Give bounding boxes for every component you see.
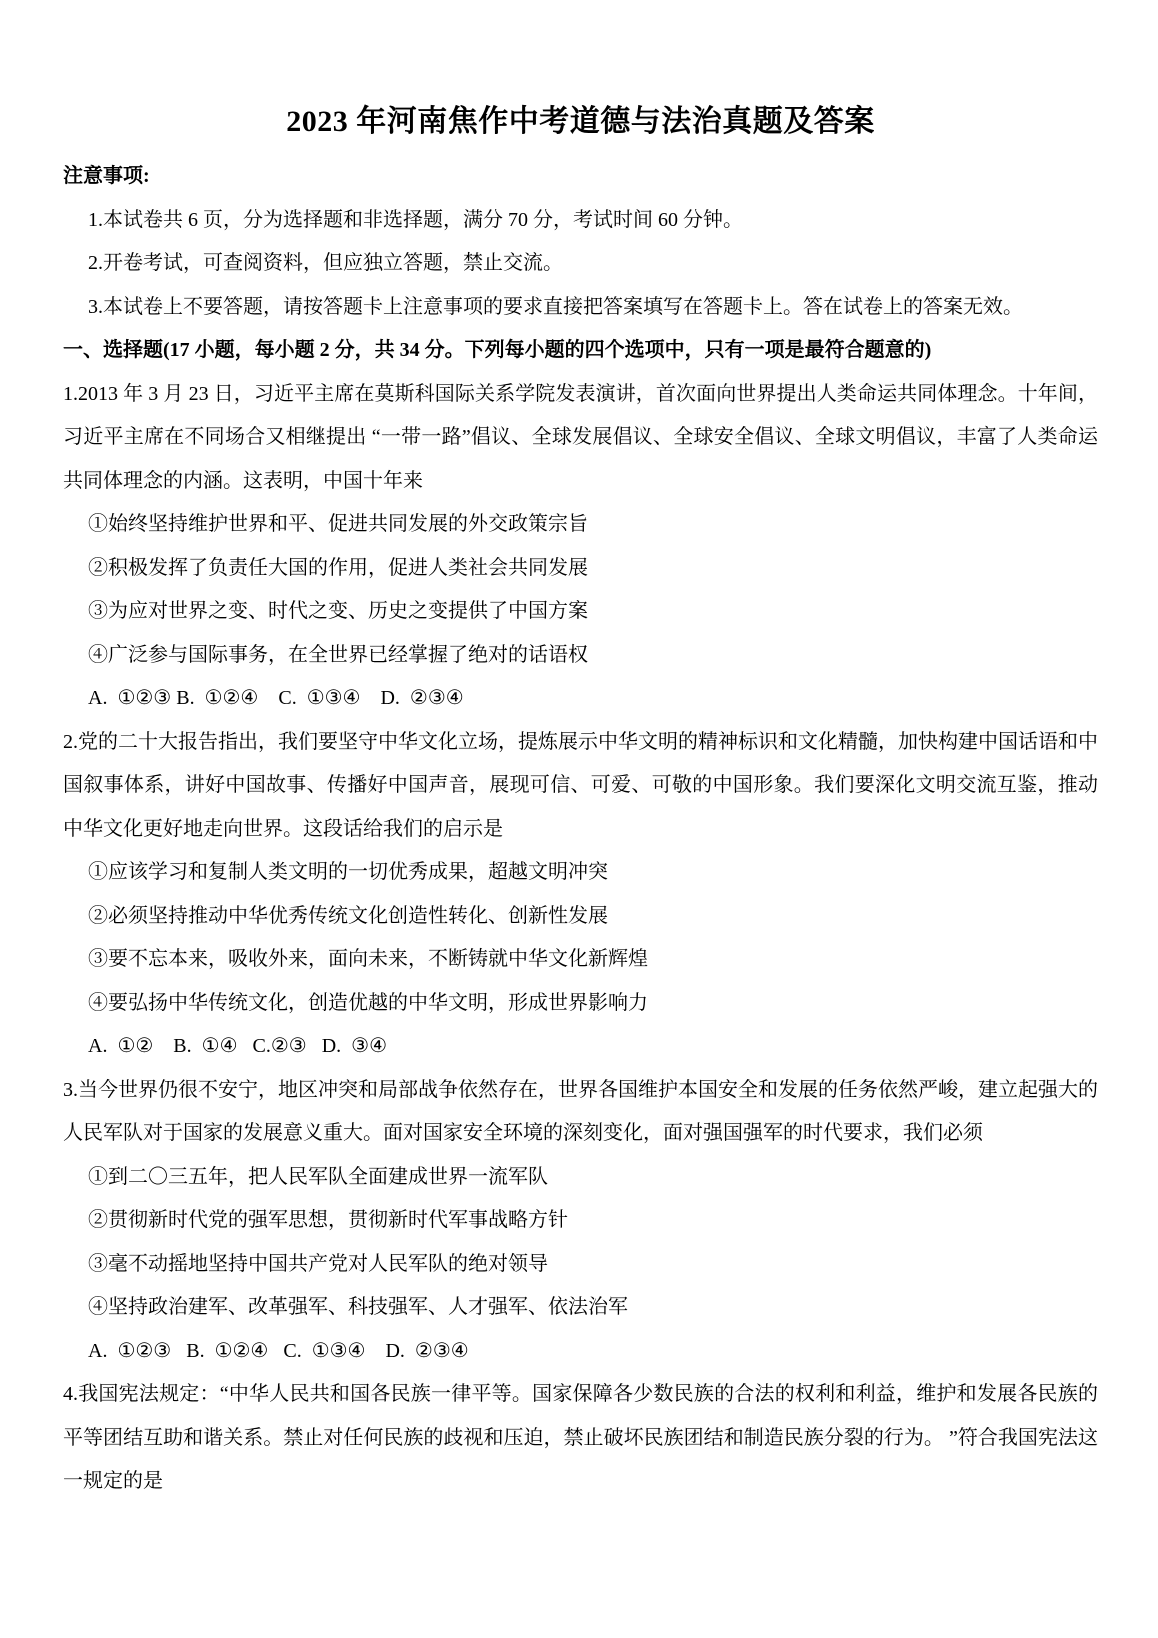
question-block-1: 1.2013 年 3 月 23 日，习近平主席在莫斯科国际关系学院发表演讲，首次… <box>63 373 1098 721</box>
page-title: 2023 年河南焦作中考道德与法治真题及答案 <box>63 99 1098 145</box>
question-block-4: 4.我国宪法规定：“中华人民共和国各民族一律平等。国家保障各少数民族的合法的权利… <box>63 1373 1098 1504</box>
question-stem: 2.党的二十大报告指出，我们要坚守中华文化立场，提炼展示中华文明的精神标识和文化… <box>63 721 1098 852</box>
question-item: ③要不忘本来，吸收外来，面向未来，不断铸就中华文化新辉煌 <box>63 938 1098 982</box>
question-item: ①到二〇三五年，把人民军队全面建成世界一流军队 <box>63 1156 1098 1200</box>
note-item-1: 1.本试卷共 6 页，分为选择题和非选择题，满分 70 分，考试时间 60 分钟… <box>63 199 1098 243</box>
options-line: A. ①②③ B. ①②④ C. ①③④ D. ②③④ <box>63 677 1098 721</box>
question-item: ③为应对世界之变、时代之变、历史之变提供了中国方案 <box>63 590 1098 634</box>
question-stem: 3.当今世界仍很不安宁，地区冲突和局部战争依然存在，世界各国维护本国安全和发展的… <box>63 1069 1098 1156</box>
question-item: ④广泛参与国际事务，在全世界已经掌握了绝对的话语权 <box>63 634 1098 678</box>
options-line: A. ①② B. ①④ C.②③ D. ③④ <box>63 1025 1098 1069</box>
notes-header: 注意事项: <box>63 155 1098 199</box>
note-item-3: 3.本试卷上不要答题，请按答题卡上注意事项的要求直接把答案填写在答题卡上。答在试… <box>63 286 1098 330</box>
question-item: ④坚持政治建军、改革强军、科技强军、人才强军、依法治军 <box>63 1286 1098 1330</box>
question-item: ③毫不动摇地坚持中国共产党对人民军队的绝对领导 <box>63 1243 1098 1287</box>
exam-document-page: 2023 年河南焦作中考道德与法治真题及答案 注意事项: 1.本试卷共 6 页，… <box>0 0 1158 1638</box>
question-item: ②必须坚持推动中华优秀传统文化创造性转化、创新性发展 <box>63 895 1098 939</box>
question-stem: 1.2013 年 3 月 23 日，习近平主席在莫斯科国际关系学院发表演讲，首次… <box>63 373 1098 504</box>
section-header: 一、选择题(17 小题，每小题 2 分，共 34 分。下列每小题的四个选项中，只… <box>63 329 1098 373</box>
question-block-2: 2.党的二十大报告指出，我们要坚守中华文化立场，提炼展示中华文明的精神标识和文化… <box>63 721 1098 1069</box>
question-item: ②贯彻新时代党的强军思想，贯彻新时代军事战略方针 <box>63 1199 1098 1243</box>
question-item: ②积极发挥了负责任大国的作用，促进人类社会共同发展 <box>63 547 1098 591</box>
question-item: ④要弘扬中华传统文化，创造优越的中华文明，形成世界影响力 <box>63 982 1098 1026</box>
options-line: A. ①②③ B. ①②④ C. ①③④ D. ②③④ <box>63 1330 1098 1374</box>
question-stem: 4.我国宪法规定：“中华人民共和国各民族一律平等。国家保障各少数民族的合法的权利… <box>63 1373 1098 1504</box>
question-item: ①应该学习和复制人类文明的一切优秀成果，超越文明冲突 <box>63 851 1098 895</box>
question-item: ①始终坚持维护世界和平、促进共同发展的外交政策宗旨 <box>63 503 1098 547</box>
question-block-3: 3.当今世界仍很不安宁，地区冲突和局部战争依然存在，世界各国维护本国安全和发展的… <box>63 1069 1098 1374</box>
note-item-2: 2.开卷考试，可查阅资料，但应独立答题，禁止交流。 <box>63 242 1098 286</box>
